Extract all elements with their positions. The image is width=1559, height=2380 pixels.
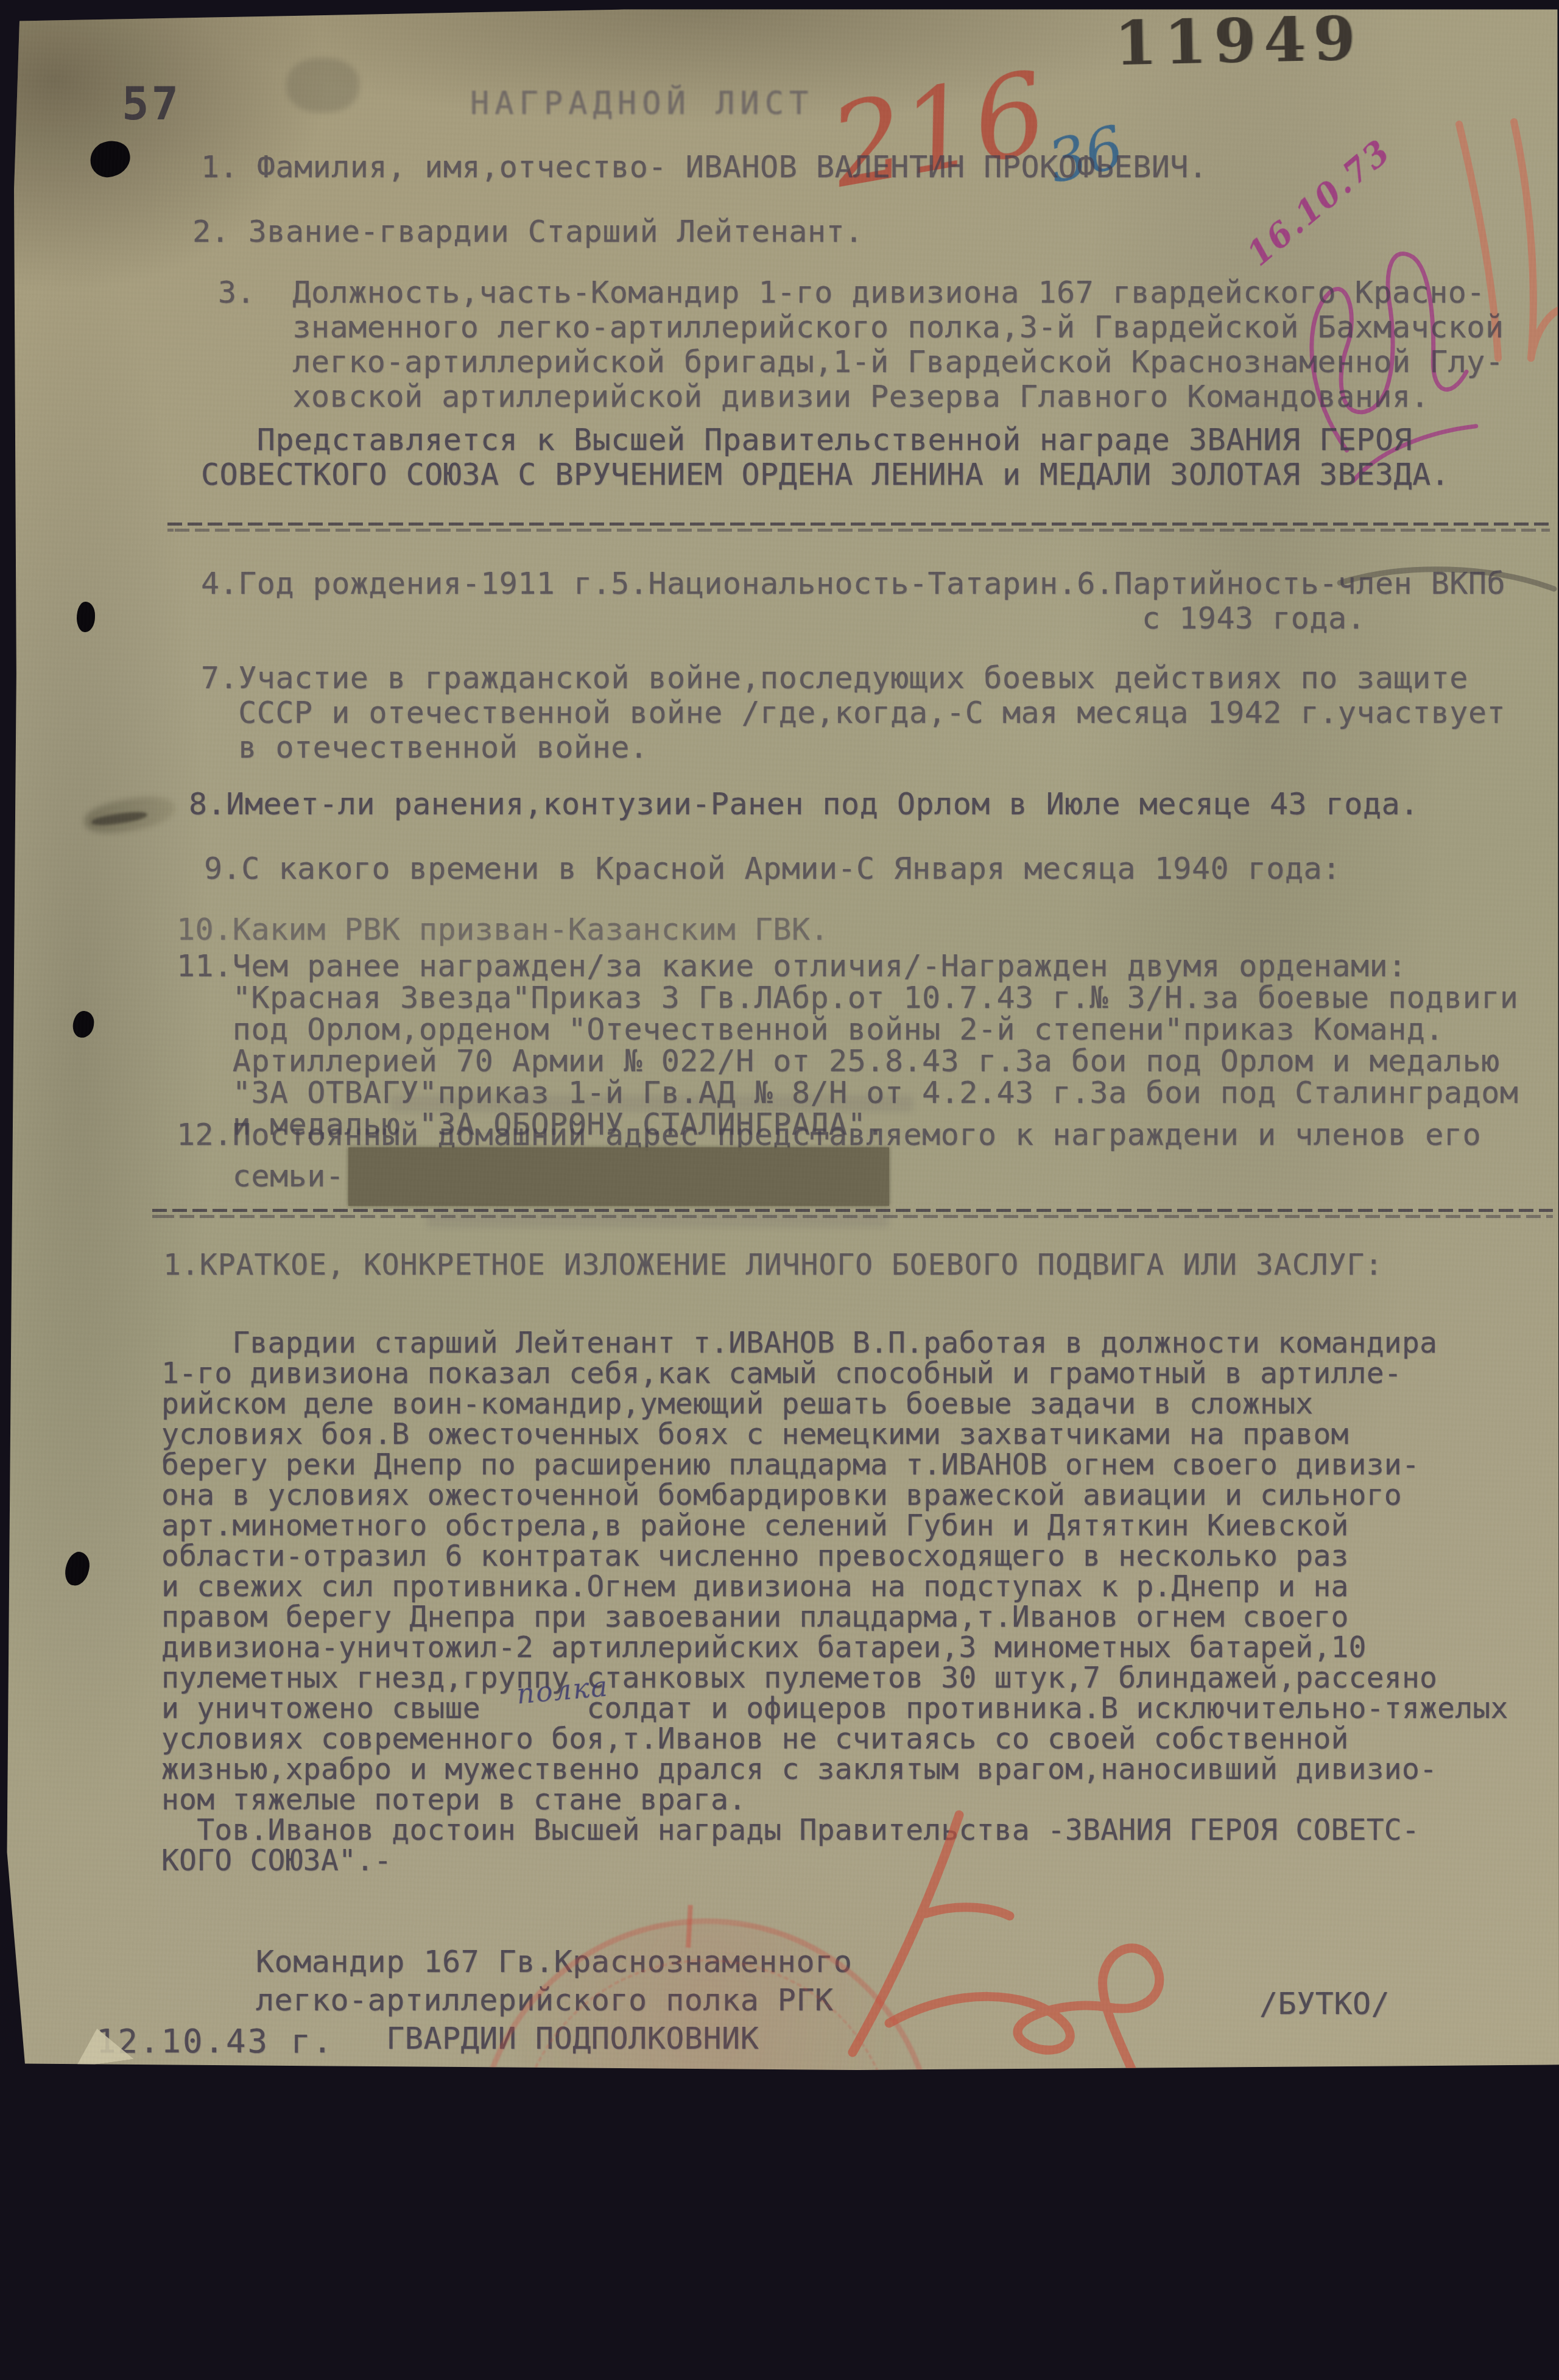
paper-sheet: 57 НАГРАДНОЙ ЛИСТ 11949 216 36 16.10.73 (0, 0, 1559, 2105)
ghost-offset-text (390, 1095, 913, 1112)
field-10-drafted-by: 10.Каким РВК призван-Казанским ГВК. (177, 912, 829, 947)
feat-description: Гвардии старший Лейтенант т.ИВАНОВ В.П.р… (161, 1328, 1508, 1876)
field-2-rank: 2. Звание-гвардии Старший Лейтенант. (192, 214, 864, 249)
stamped-registration-number: 11949 (1114, 2, 1364, 80)
field-1-name: 1. Фамилия, имя,отчество- ИВАНОВ ВАЛЕНТИ… (201, 150, 1208, 185)
signature-name: /БУТКО/ (1259, 1987, 1390, 2021)
award-submission-paragraph: Представляется к Высшей Правительственно… (201, 423, 1449, 492)
punch-hole (86, 136, 135, 181)
field-8-wounds: 8.Имеет-ли ранения,контузии-Ранен под Ор… (189, 787, 1419, 822)
typed-divider (152, 1209, 1553, 1220)
punch-hole (71, 1010, 96, 1039)
page-number: 57 (122, 78, 181, 130)
redaction-box (348, 1147, 889, 1206)
punch-hole (63, 1550, 93, 1588)
field-9-service-since: 9.С какого времени в Красной Армии-С Янв… (204, 851, 1341, 886)
scanned-award-sheet: 57 НАГРАДНОЙ ЛИСТ 11949 216 36 16.10.73 (0, 0, 1559, 2105)
form-title: НАГРАДНОЙ ЛИСТ (470, 85, 814, 122)
punch-hole (77, 602, 95, 632)
field-3-position-unit: 3. Должность,часть-Командир 1-го дивизио… (218, 275, 1504, 414)
paper-stain (286, 58, 359, 113)
document-date: 12.10.43 г. (96, 2022, 334, 2060)
feat-section-heading: 1.КРАТКОЕ, КОНКРЕТНОЕ ИЗЛОЖЕНИЕ ЛИЧНОГО … (163, 1250, 1383, 1280)
field-7-war-participation: 7.Участие в гражданской войне,последующи… (201, 661, 1505, 765)
field-4-5-6-birth-nationality-party: 4.Год рождения-1911 г.5.Национальность-Т… (201, 566, 1505, 636)
typed-divider (167, 523, 1550, 533)
field-12-family-label: семьи- (177, 1159, 344, 1194)
red-pencil-number: 216 (822, 46, 1056, 213)
